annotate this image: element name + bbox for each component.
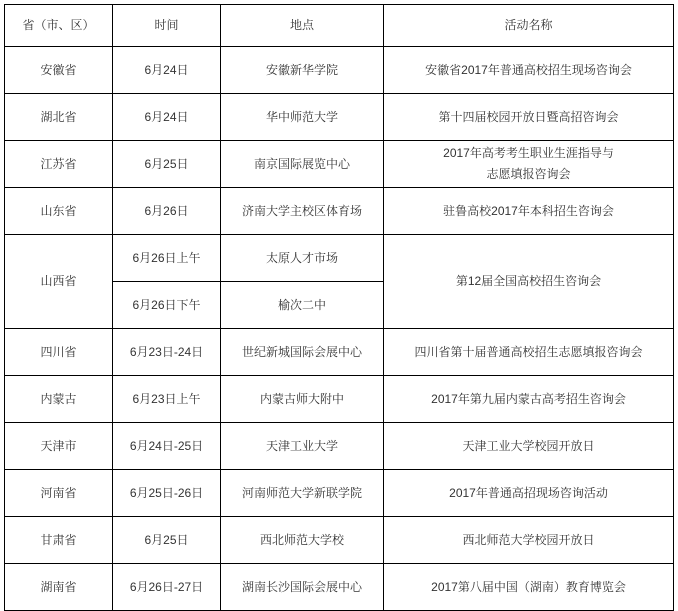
cell-activity: 2017年高考考生职业生涯指导与 志愿填报咨询会 (384, 141, 674, 188)
cell-place: 南京国际展览中心 (221, 141, 384, 188)
table-row-neimenggu: 内蒙古 6月23日上午 内蒙古师大附中 2017年第九届内蒙古高考招生咨询会 (5, 376, 674, 423)
cell-place: 天津工业大学 (221, 423, 384, 470)
table-row-hubei: 湖北省 6月24日 华中师范大学 第十四届校园开放日暨高招咨询会 (5, 94, 674, 141)
cell-time: 6月26日下午 (113, 282, 221, 329)
cell-time: 6月26日-27日 (113, 564, 221, 611)
cell-time: 6月23日-24日 (113, 329, 221, 376)
cell-province: 安徽省 (5, 47, 113, 94)
cell-time: 6月25日 (113, 517, 221, 564)
cell-province: 山东省 (5, 188, 113, 235)
cell-activity: 2017年第九届内蒙古高考招生咨询会 (384, 376, 674, 423)
table-row-gansu: 甘肃省 6月25日 西北师范大学校 西北师范大学校园开放日 (5, 517, 674, 564)
cell-activity: 西北师范大学校园开放日 (384, 517, 674, 564)
cell-time: 6月23日上午 (113, 376, 221, 423)
admissions-events-table: 省（市、区） 时间 地点 活动名称 安徽省 6月24日 安徽新华学院 安徽省20… (4, 4, 674, 611)
cell-activity: 驻鲁高校2017年本科招生咨询会 (384, 188, 674, 235)
table-row-anhui: 安徽省 6月24日 安徽新华学院 安徽省2017年普通高校招生现场咨询会 (5, 47, 674, 94)
table-row-shandong: 山东省 6月26日 济南大学主校区体育场 驻鲁高校2017年本科招生咨询会 (5, 188, 674, 235)
cell-place: 华中师范大学 (221, 94, 384, 141)
cell-activity: 2017年普通高招现场咨询活动 (384, 470, 674, 517)
cell-time: 6月25日-26日 (113, 470, 221, 517)
cell-place: 榆次二中 (221, 282, 384, 329)
cell-activity: 四川省第十届普通高校招生志愿填报咨询会 (384, 329, 674, 376)
cell-time: 6月24日 (113, 47, 221, 94)
cell-province: 山西省 (5, 235, 113, 329)
page: 省（市、区） 时间 地点 活动名称 安徽省 6月24日 安徽新华学院 安徽省20… (0, 0, 678, 597)
cell-time: 6月24日-25日 (113, 423, 221, 470)
cell-province: 四川省 (5, 329, 113, 376)
cell-activity: 安徽省2017年普通高校招生现场咨询会 (384, 47, 674, 94)
cell-activity: 2017第八届中国（湖南）教育博览会 (384, 564, 674, 611)
header-row: 省（市、区） 时间 地点 活动名称 (5, 5, 674, 47)
cell-place: 济南大学主校区体育场 (221, 188, 384, 235)
cell-time: 6月24日 (113, 94, 221, 141)
cell-activity: 天津工业大学校园开放日 (384, 423, 674, 470)
cell-place: 世纪新城国际会展中心 (221, 329, 384, 376)
cell-province: 内蒙古 (5, 376, 113, 423)
table-row-tianjin: 天津市 6月24日-25日 天津工业大学 天津工业大学校园开放日 (5, 423, 674, 470)
column-header-province: 省（市、区） (5, 5, 113, 47)
table-row-shanxi-morning: 山西省 6月26日上午 太原人才市场 第12届全国高校招生咨询会 (5, 235, 674, 282)
cell-time: 6月25日 (113, 141, 221, 188)
column-header-activity: 活动名称 (384, 5, 674, 47)
table-row-hunan: 湖南省 6月26日-27日 湖南长沙国际会展中心 2017第八届中国（湖南）教育… (5, 564, 674, 611)
cell-place: 内蒙古师大附中 (221, 376, 384, 423)
column-header-time: 时间 (113, 5, 221, 47)
cell-place: 湖南长沙国际会展中心 (221, 564, 384, 611)
cell-place: 河南师范大学新联学院 (221, 470, 384, 517)
cell-province: 河南省 (5, 470, 113, 517)
cell-province: 江苏省 (5, 141, 113, 188)
cell-province: 天津市 (5, 423, 113, 470)
cell-province: 甘肃省 (5, 517, 113, 564)
cell-province: 湖北省 (5, 94, 113, 141)
column-header-place: 地点 (221, 5, 384, 47)
cell-activity: 第十四届校园开放日暨高招咨询会 (384, 94, 674, 141)
cell-place: 太原人才市场 (221, 235, 384, 282)
cell-province: 湖南省 (5, 564, 113, 611)
cell-activity: 第12届全国高校招生咨询会 (384, 235, 674, 329)
table-row-henan: 河南省 6月25日-26日 河南师范大学新联学院 2017年普通高招现场咨询活动 (5, 470, 674, 517)
table-row-sichuan: 四川省 6月23日-24日 世纪新城国际会展中心 四川省第十届普通高校招生志愿填… (5, 329, 674, 376)
cell-time: 6月26日上午 (113, 235, 221, 282)
cell-time: 6月26日 (113, 188, 221, 235)
cell-place: 西北师范大学校 (221, 517, 384, 564)
cell-place: 安徽新华学院 (221, 47, 384, 94)
table-row-jiangsu: 江苏省 6月25日 南京国际展览中心 2017年高考考生职业生涯指导与 志愿填报… (5, 141, 674, 188)
